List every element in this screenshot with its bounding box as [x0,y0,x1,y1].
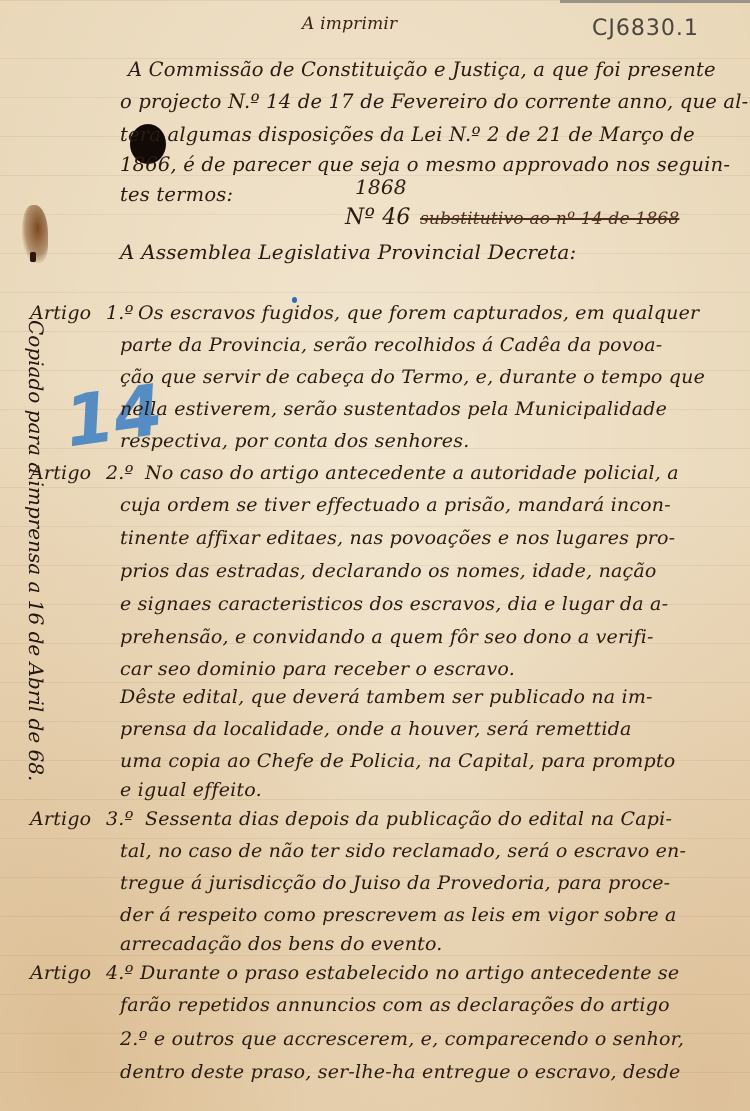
article-line: tregue á jurisdicção do Juiso da Provedo… [120,872,670,894]
article-line: car seo dominio para receber o escravo. [120,658,515,680]
article-line: Os escravos fugidos, que forem capturado… [138,302,699,324]
preamble-line: o projecto N.º 14 de 17 de Fevereiro do … [120,90,748,113]
article-number: 1.º [106,302,134,324]
article-line: prensa da localidade, onde a houver, ser… [120,718,632,740]
article-line: tinente affixar editaes, nas povoações e… [120,527,675,549]
article-line: 2.º e outros que accrescerem, e, compare… [120,1028,684,1050]
article-line: uma copia ao Chefe de Policia, na Capita… [120,750,675,772]
manuscript-page: A imprimir CJ6830.1 A Commissão de Const… [0,0,750,1111]
heading-note: A imprimir [302,14,397,34]
article-line: No caso do artigo antecedente a autorida… [145,462,679,484]
article-line: Dêste edital, que deverá tambem ser publ… [120,686,653,708]
page-edge [560,0,750,3]
article-number: 3.º [106,808,134,830]
preamble-line: tes termos: [120,183,233,206]
article-line: e signaes caracteristicos dos escravos, … [120,593,668,615]
article-label: Artigo [30,462,91,484]
article-line: e igual effeito. [120,779,262,801]
article-line: Sessenta dias depois da publicação do ed… [145,808,672,830]
decree-line: A Assemblea Legislativa Provincial Decre… [120,240,576,264]
preamble-line: 1866, é de parecer que seja o mesmo appr… [120,153,730,176]
article-line: arrecadação dos bens do evento. [120,933,443,955]
year: 1868 [355,175,407,199]
article-line: parte da Provincia, serão recolhidos á C… [120,334,662,356]
article-line: tal, no caso de não ter sido reclamado, … [120,840,686,862]
article-line: Durante o praso estabelecido no artigo a… [140,962,679,984]
article-label: Artigo [30,962,91,984]
bill-number: Nº 46 [345,205,411,230]
article-number: 2.º [106,462,134,484]
article-line: nella estiverem, serão sustentados pela … [120,398,667,420]
article-line: farão repetidos annuncios com as declara… [120,994,670,1016]
preamble-line: A Commissão de Constituição e Justiça, a… [128,58,716,81]
margin-note: Copiado para a imprensa a 16 de Abril de… [18,320,48,940]
preamble-line: tera algumas disposições da Lei N.º 2 de… [120,123,695,146]
article-number: 4.º [106,962,134,984]
article-label: Artigo [30,808,91,830]
call-number: CJ6830.1 [592,16,699,41]
ink-stain-drip [30,252,36,262]
struck-out-text: substitutivo ao nº 14 de 1868 [420,209,679,229]
article-line: ção que servir de cabeça do Termo, e, du… [120,366,705,388]
article-label: Artigo [30,302,91,324]
article-line: cuja ordem se tiver effectuado a prisão,… [120,494,671,516]
article-line: prios das estradas, declarando os nomes,… [120,560,657,582]
article-line: dentro deste praso, ser-lhe-ha entregue … [120,1061,681,1083]
article-line: prehensão, e convidando a quem fôr seo d… [120,626,654,648]
article-line: der á respeito como prescrevem as leis e… [120,904,677,926]
article-line: respectiva, por conta dos senhores. [120,430,469,452]
